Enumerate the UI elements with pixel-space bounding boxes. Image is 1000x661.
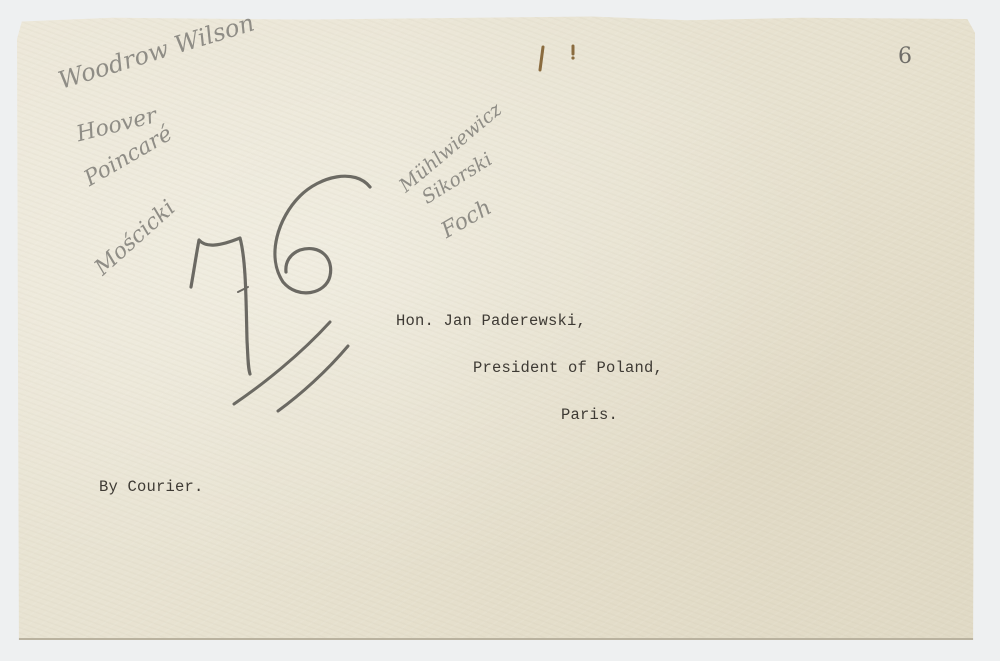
address-line-city: Paris. — [561, 406, 618, 424]
address-line-title: President of Poland, — [473, 359, 663, 377]
large-number-76-marks — [0, 0, 1000, 661]
delivery-note: By Courier. — [99, 478, 204, 496]
address-line-name: Hon. Jan Paderewski, — [396, 312, 586, 330]
